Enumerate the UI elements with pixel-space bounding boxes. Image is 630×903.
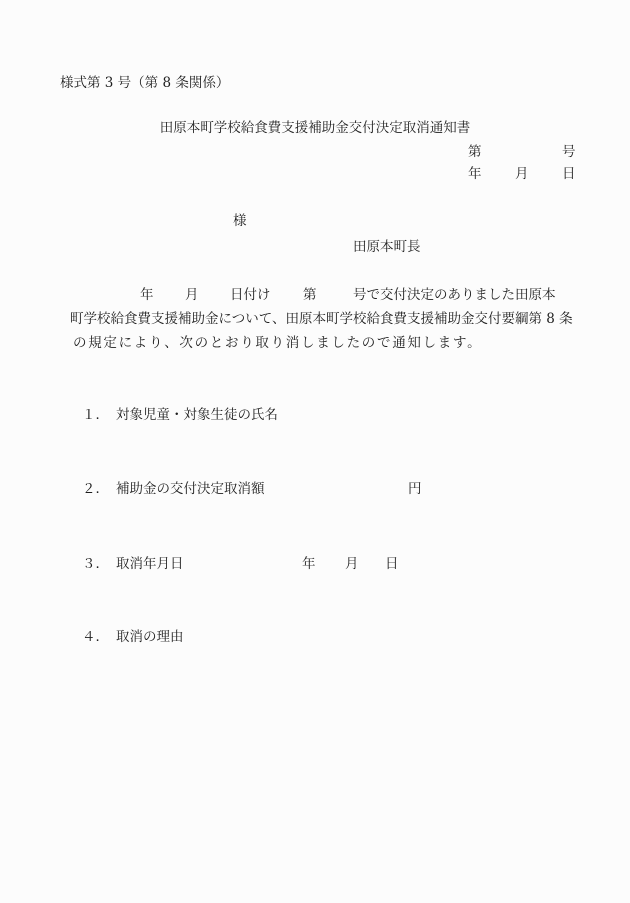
item-3: ３． 取消年月日 年 月 日 <box>0 556 630 574</box>
item-3-label: 取消年月日 <box>116 556 184 573</box>
item-2-unit-yen: 円 <box>408 481 422 498</box>
item-4-number: ４． <box>82 629 109 646</box>
doc-number-prefix: 第 <box>468 144 482 161</box>
body-line-3: の規定により、次のとおり取り消しましたので通知します。 <box>73 335 482 352</box>
form-number: 様式第 3 号（第 8 条関係） <box>60 75 229 92</box>
item-2: ２． 補助金の交付決定取消額 円 <box>0 481 630 499</box>
addressee-honorific: 様 <box>233 213 247 230</box>
item-1: １． 対象児童・対象生徒の氏名 <box>0 407 630 425</box>
body-blank-year: 年 <box>140 287 154 304</box>
body-line-1-text: 号で交付決定のありました田原本 <box>353 287 556 304</box>
issue-date-year: 年 <box>468 166 482 183</box>
item-1-label: 対象児童・対象生徒の氏名 <box>116 407 278 424</box>
issue-date-month: 月 <box>515 166 529 183</box>
item-3-blank-day: 日 <box>385 556 399 573</box>
doc-number-suffix: 号 <box>562 144 576 161</box>
issue-date-line: 年 月 日 <box>0 166 630 184</box>
body-blank-month: 月 <box>185 287 199 304</box>
item-3-blank-month: 月 <box>345 556 359 573</box>
item-1-number: １． <box>82 407 109 424</box>
body-blank-no-prefix: 第 <box>303 287 317 304</box>
item-4-label: 取消の理由 <box>116 629 184 646</box>
body-blank-dated: 日付け <box>230 287 271 304</box>
item-4: ４． 取消の理由 <box>0 629 630 647</box>
issue-date-day: 日 <box>562 166 576 183</box>
item-3-blank-year: 年 <box>302 556 316 573</box>
item-3-number: ３． <box>82 556 109 573</box>
body-line-1: 年 月 日付け 第 号で交付決定のありました田原本 <box>0 287 630 305</box>
document-page: 様式第 3 号（第 8 条関係） 田原本町学校給食費支援補助金交付決定取消通知書… <box>0 0 630 903</box>
document-title: 田原本町学校給食費支援補助金交付決定取消通知書 <box>0 120 630 137</box>
item-2-label: 補助金の交付決定取消額 <box>116 481 265 498</box>
doc-number-line: 第 号 <box>0 144 630 162</box>
sender-name: 田原本町長 <box>353 239 421 256</box>
item-2-number: ２． <box>82 481 109 498</box>
body-line-2: 町学校給食費支援補助金について、田原本町学校給食費支援補助金交付要綱第 8 条 <box>70 311 573 328</box>
